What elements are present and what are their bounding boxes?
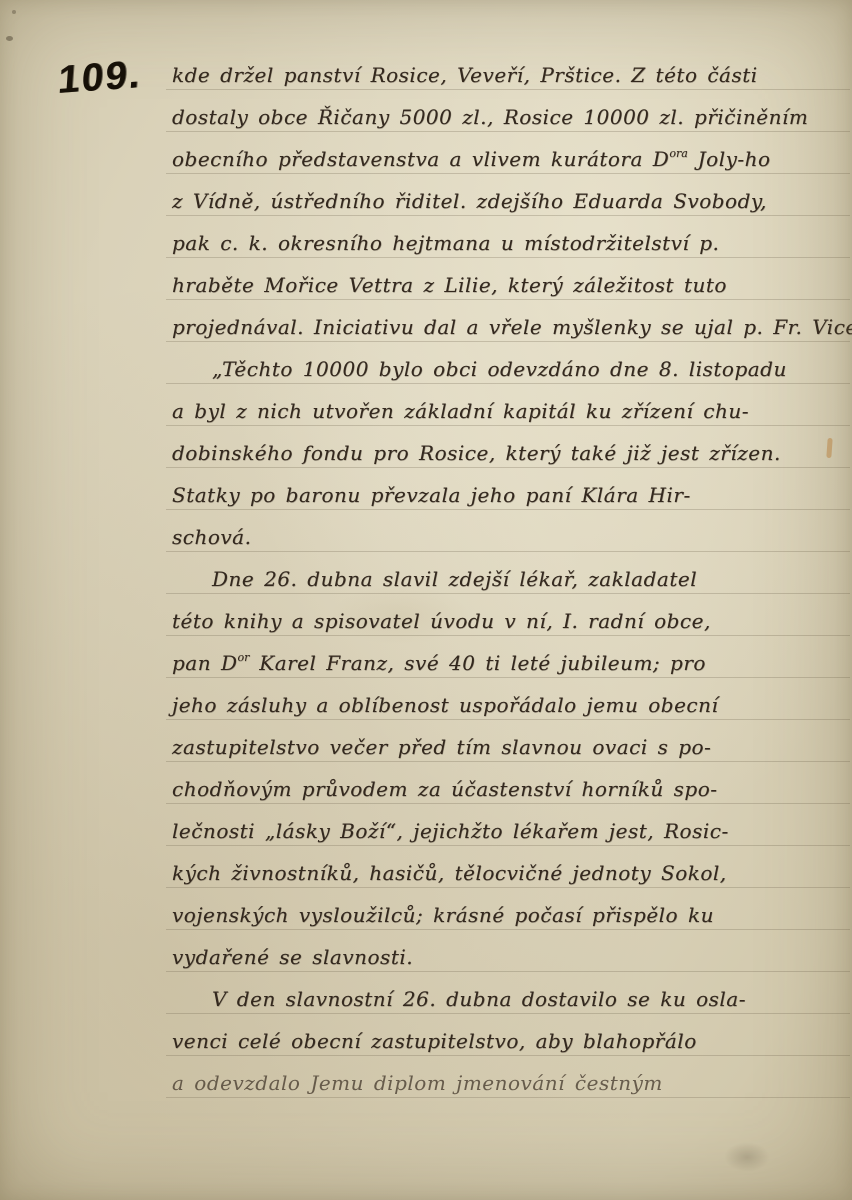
manuscript-line: obecního představenstva a vlivem kurátor… — [172, 138, 848, 180]
manuscript-line: Dne 26. dubna slavil zdejší lékař, zakla… — [172, 558, 848, 600]
manuscript-line: V den slavnostní 26. dubna dostavilo se … — [172, 978, 848, 1020]
paper-smudge — [724, 1142, 770, 1172]
manuscript-line-segment: Karel Franz, své 40 ti leté jubileum; pr… — [249, 651, 706, 675]
manuscript-text-block: kde držel panství Rosice, Veveří, Prštic… — [172, 54, 848, 1104]
manuscript-line: chodňovým průvodem za účastenství horník… — [172, 768, 848, 810]
manuscript-line-segment: Joly-ho — [688, 147, 771, 171]
manuscript-line-segment: pan D — [172, 651, 238, 675]
manuscript-line: této knihy a spisovatel úvodu v ní, I. r… — [172, 600, 848, 642]
manuscript-line: zastupitelstvo večer před tím slavnou ov… — [172, 726, 848, 768]
superscript-abbreviation: ora — [669, 147, 687, 160]
manuscript-line: z Vídně, ústředního řiditel. zdejšího Ed… — [172, 180, 848, 222]
manuscript-line-segment: obecního představenstva a vlivem kurátor… — [172, 147, 669, 171]
superscript-abbreviation: or — [238, 651, 250, 664]
manuscript-line: Statky po baronu převzala jeho paní Klár… — [172, 474, 848, 516]
paper-speck — [12, 10, 16, 14]
manuscript-line: vydařené se slavnosti. — [172, 936, 848, 978]
manuscript-line: dobinského fondu pro Rosice, který také … — [172, 432, 848, 474]
page-number-stamp: 109. — [57, 53, 144, 103]
manuscript-line: hraběte Mořice Vettra z Lilie, který zál… — [172, 264, 848, 306]
manuscript-line: jeho zásluhy a oblíbenost uspořádalo jem… — [172, 684, 848, 726]
manuscript-line: kde držel panství Rosice, Veveří, Prštic… — [172, 54, 848, 96]
manuscript-line: venci celé obecní zastupitelstvo, aby bl… — [172, 1020, 848, 1062]
manuscript-line: lečnosti „lásky Boží“, jejichžto lékařem… — [172, 810, 848, 852]
manuscript-line: pak c. k. okresního hejtmana u místodrži… — [172, 222, 848, 264]
manuscript-line: projednával. Iniciativu dal a vřele myšl… — [172, 306, 848, 348]
manuscript-line: kých živnostníků, hasičů, tělocvičné jed… — [172, 852, 848, 894]
manuscript-line: schová. — [172, 516, 848, 558]
manuscript-line: vojenských vysloužilců; krásné počasí př… — [172, 894, 848, 936]
manuscript-line: pan Dor Karel Franz, své 40 ti leté jubi… — [172, 642, 848, 684]
manuscript-page: 109. kde držel panství Rosice, Veveří, P… — [0, 0, 852, 1200]
paper-speck — [6, 36, 13, 41]
manuscript-line: dostaly obce Řičany 5000 zl., Rosice 100… — [172, 96, 848, 138]
manuscript-line: a odevzdalo Jemu diplom jmenování čestný… — [172, 1062, 848, 1104]
manuscript-line: a byl z nich utvořen základní kapitál ku… — [172, 390, 848, 432]
manuscript-line: „Těchto 10000 bylo obci odevzdáno dne 8.… — [172, 348, 848, 390]
